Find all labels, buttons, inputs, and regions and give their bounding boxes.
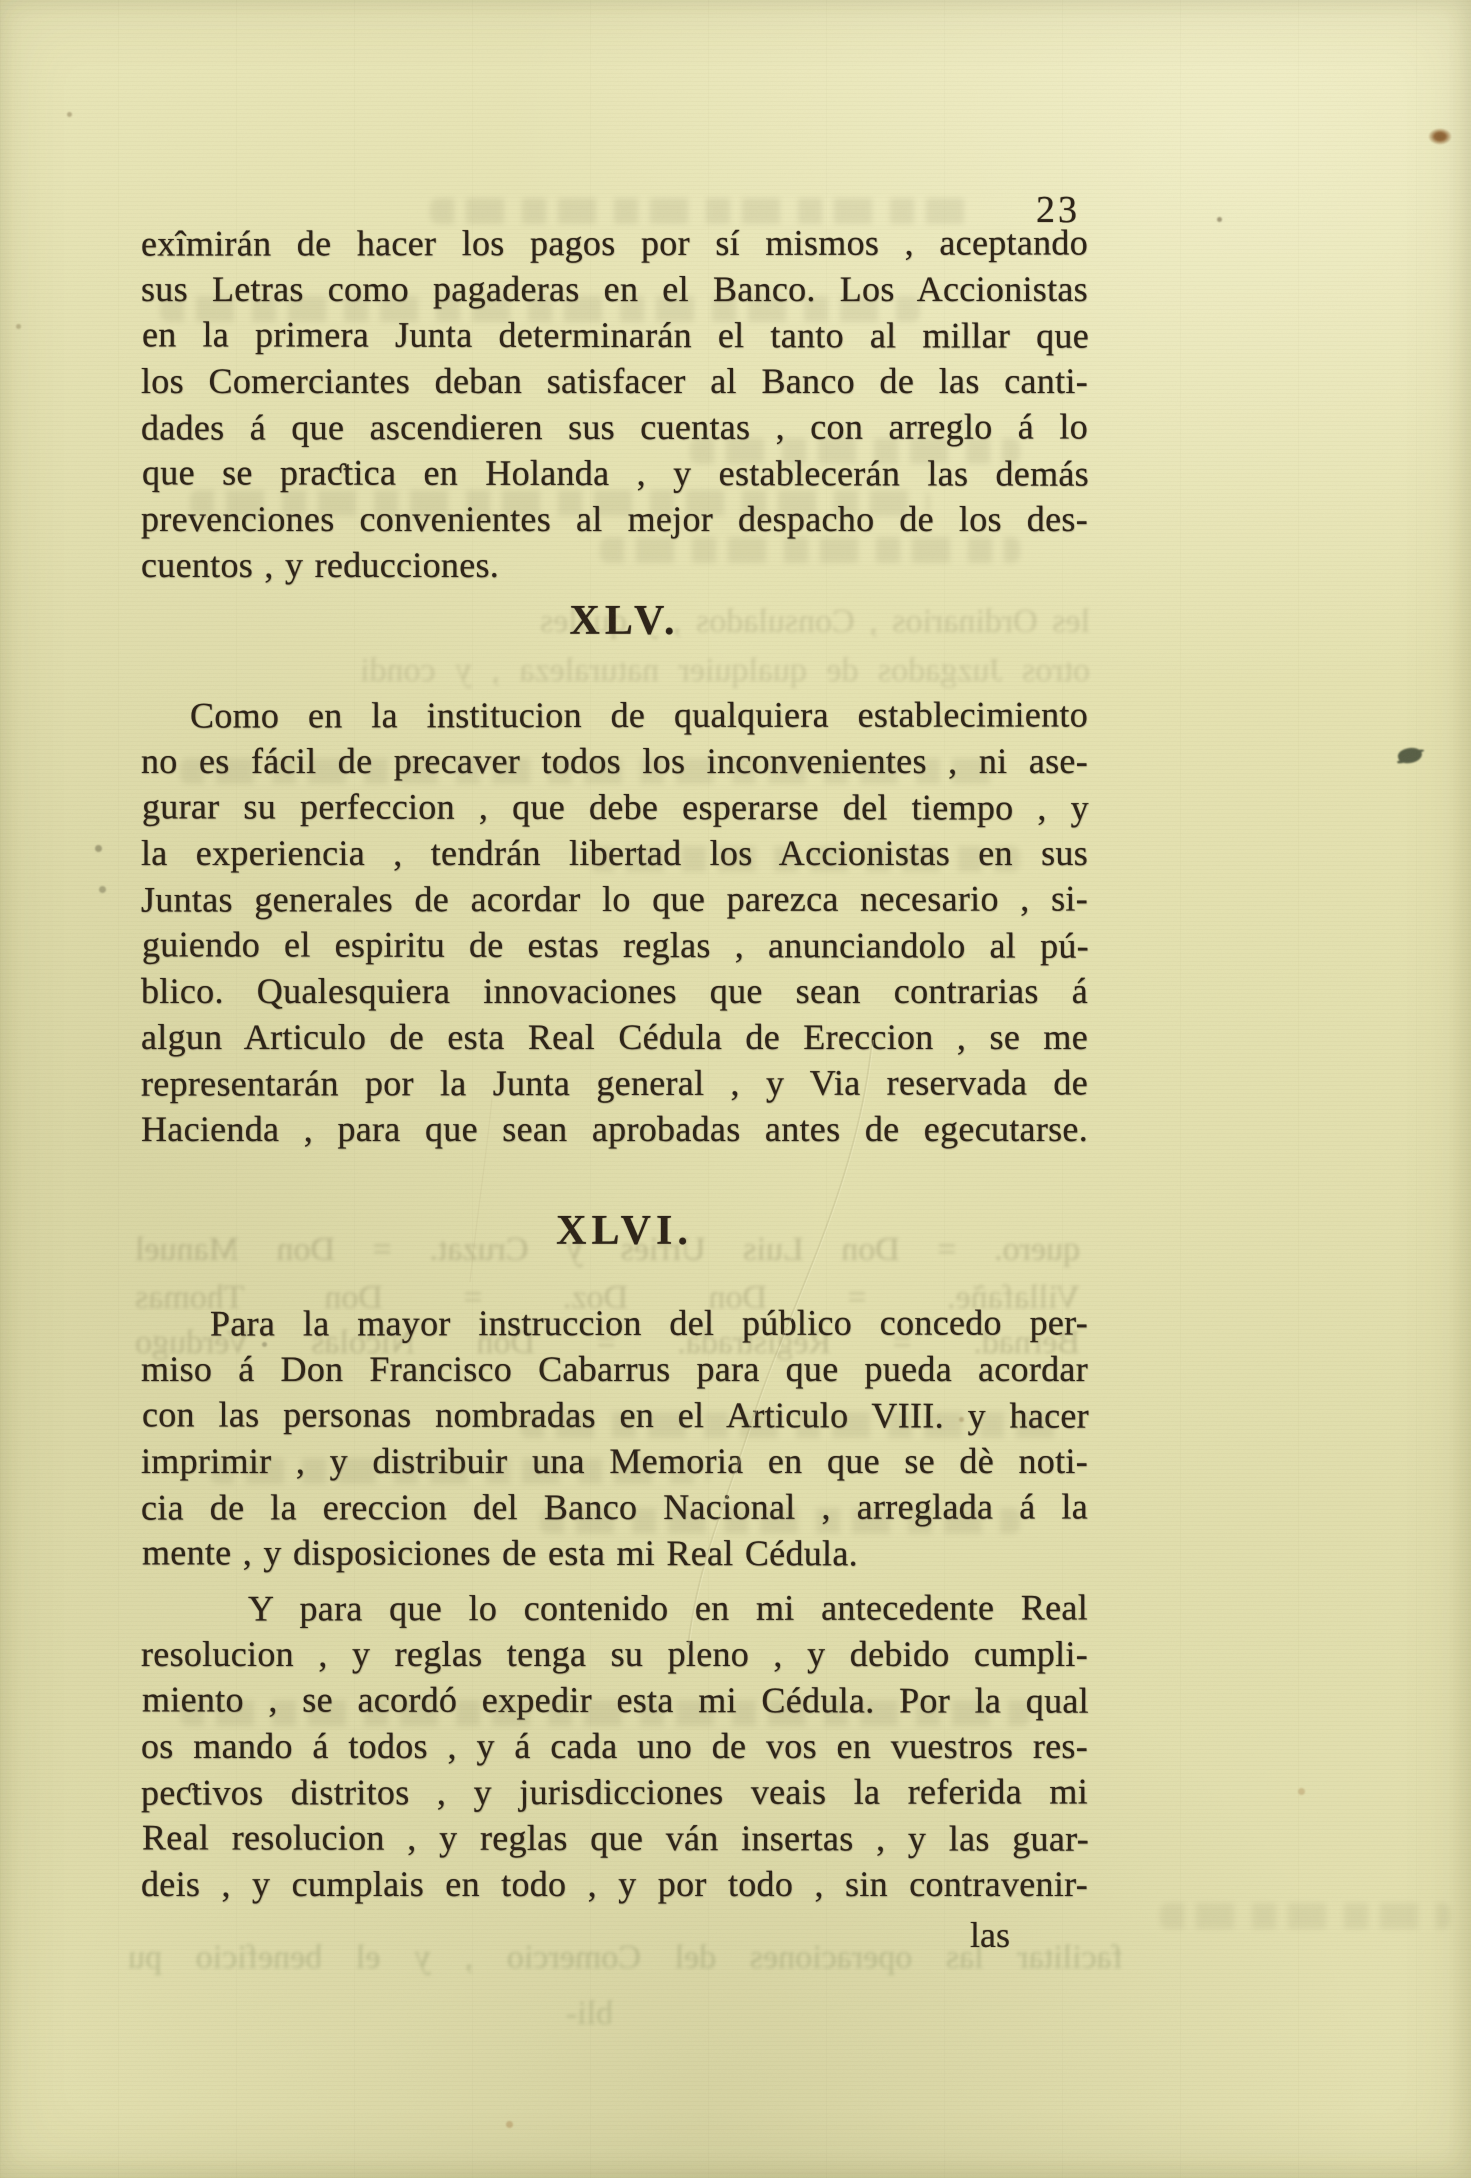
text-line: prevenciones convenientes al mejor despa… <box>141 496 1088 542</box>
text-line: la experiencia , tendrán libertad los Ac… <box>141 830 1088 876</box>
text-line: Para la mayor instruccion del público co… <box>141 1299 1088 1346</box>
bleedthrough-line: otros Juzgados de qualquier naturaleza ,… <box>360 649 1090 693</box>
text-line: en la primera Junta determinarán el tant… <box>142 311 1089 358</box>
paragraph-article-xlv: Como en la institucion de qualquiera est… <box>141 692 1088 1152</box>
text-line: exîmirán de hacer los pagos por sí mismo… <box>141 219 1088 266</box>
text-line: blico. Qualesquiera innovaciones que sea… <box>141 968 1088 1014</box>
paper-specks <box>0 0 3 3</box>
text-line: peƈtivos distritos , y jurisdicciones ve… <box>141 1768 1088 1815</box>
text-line: Real resolucion , y reglas que ván inser… <box>142 1814 1089 1861</box>
text-line: mente , y disposiciones de esta mi Real … <box>142 1529 1089 1576</box>
section-heading-xlv: XLV. <box>151 596 1098 646</box>
text-line: sus Letras como pagaderas en el Banco. L… <box>141 266 1088 312</box>
paragraph-article-xliv-continuation: exîmirán de hacer los pagos por sí mismo… <box>141 220 1088 588</box>
text-line: con las personas nombradas en el Articul… <box>142 1391 1089 1438</box>
text-line: resolucion , y reglas tenga su pleno , y… <box>141 1631 1088 1677</box>
text-line: cuentos , y reducciones. <box>141 542 1088 588</box>
text-line: miso á Don Francisco Cabarrus para que p… <box>141 1346 1088 1392</box>
text-line: Como en la institucion de qualquiera est… <box>141 691 1088 738</box>
text-line: gurar su perfeccion , que debe esperarse… <box>142 783 1089 830</box>
text-line: dades á que ascendieren sus cuentas , co… <box>141 403 1088 450</box>
section-heading-xlvi: XLVI. <box>151 1206 1098 1256</box>
text-line: Juntas generales de acordar lo que parez… <box>141 875 1088 922</box>
scanned-page: les Ordinarios , Consulados , y quales o… <box>0 0 1471 2178</box>
paragraph-article-xlvi: Para la mayor instruccion del público co… <box>141 1300 1088 1576</box>
text-line: Hacienda , para que sean aprobadas antes… <box>141 1106 1088 1152</box>
text-line: algun Articulo de esta Real Cédula de Er… <box>141 1014 1088 1060</box>
text-line: imprimir , y distribuir una Memoria en q… <box>141 1438 1088 1484</box>
text-line: representarán por la Junta general , y V… <box>141 1059 1088 1106</box>
text-line: os mando á todos , y á cada uno de vos e… <box>141 1723 1088 1769</box>
bleedthrough-line: bli- <box>518 1992 613 2036</box>
text-line: cia de la ereccion del Banco Nacional , … <box>141 1483 1088 1530</box>
foxing-stain <box>1428 128 1452 145</box>
text-line: Y para que lo contenido en mi antecedent… <box>141 1584 1088 1631</box>
text-line: miento , se acordó expedir esta mi Cédul… <box>142 1676 1089 1723</box>
text-line: no es fácil de precaver todos los inconv… <box>141 738 1088 784</box>
text-line: guiendo el espiritu de estas reglas , an… <box>142 921 1089 968</box>
bleedthrough-smudge <box>1160 1903 1450 1929</box>
catchword: las <box>970 1912 1010 1958</box>
text-line: que se praƈtica en Holanda , y establece… <box>142 449 1089 496</box>
text-line: deis , y cumplais en todo , y por todo ,… <box>141 1861 1088 1907</box>
text-line: los Comerciantes deban satisfacer al Ban… <box>141 358 1088 404</box>
ink-blot <box>1397 745 1424 765</box>
paragraph-closing-formula: Y para que lo contenido en mi antecedent… <box>141 1585 1088 1907</box>
